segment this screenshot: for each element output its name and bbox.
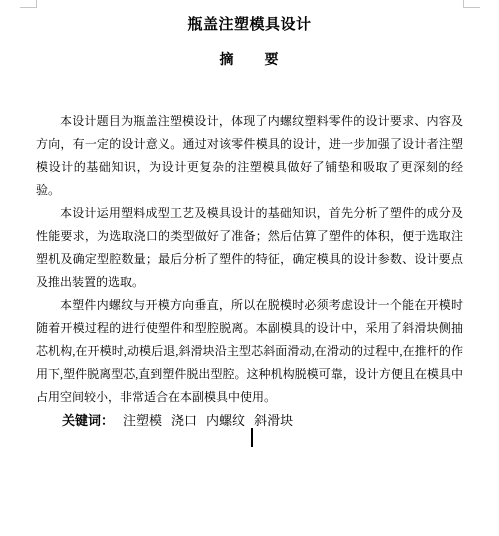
- document-page: 瓶盖注塑模具设计 摘 要 本设计题目为瓶盖注塑模设计，体现了内螺纹塑料零件的设计…: [0, 0, 499, 536]
- document-title[interactable]: 瓶盖注塑模具设计: [0, 0, 499, 35]
- text-boundary-mark-top-right: [463, 0, 480, 8]
- paragraph-1[interactable]: 本设计题目为瓶盖注塑模设计，体现了内螺纹塑料零件的设计要求、内容及方向，有一定的…: [36, 110, 463, 202]
- keyword-1: 注塑模: [123, 413, 162, 428]
- keywords-label: 关键词：: [62, 413, 114, 428]
- text-boundary-mark-top-left: [20, 0, 37, 8]
- keywords-line[interactable]: 关键词：注塑模浇口内螺纹斜滑块: [36, 409, 463, 432]
- text-cursor-caret: [251, 428, 253, 447]
- keyword-3: 内螺纹: [206, 413, 245, 428]
- abstract-heading[interactable]: 摘 要: [0, 53, 499, 69]
- keyword-2: 浇口: [171, 413, 197, 428]
- abstract-body[interactable]: 本设计题目为瓶盖注塑模设计，体现了内螺纹塑料零件的设计要求、内容及方向，有一定的…: [36, 110, 463, 432]
- paragraph-3[interactable]: 本塑件内螺纹与开模方向垂直，所以在脱模时必须考虑设计一个能在开模时随着开模过程的…: [36, 294, 463, 409]
- keyword-4: 斜滑块: [254, 413, 293, 428]
- paragraph-2[interactable]: 本设计运用塑料成型工艺及模具设计的基础知识，首先分析了塑件的成分及性能要求，为选…: [36, 202, 463, 294]
